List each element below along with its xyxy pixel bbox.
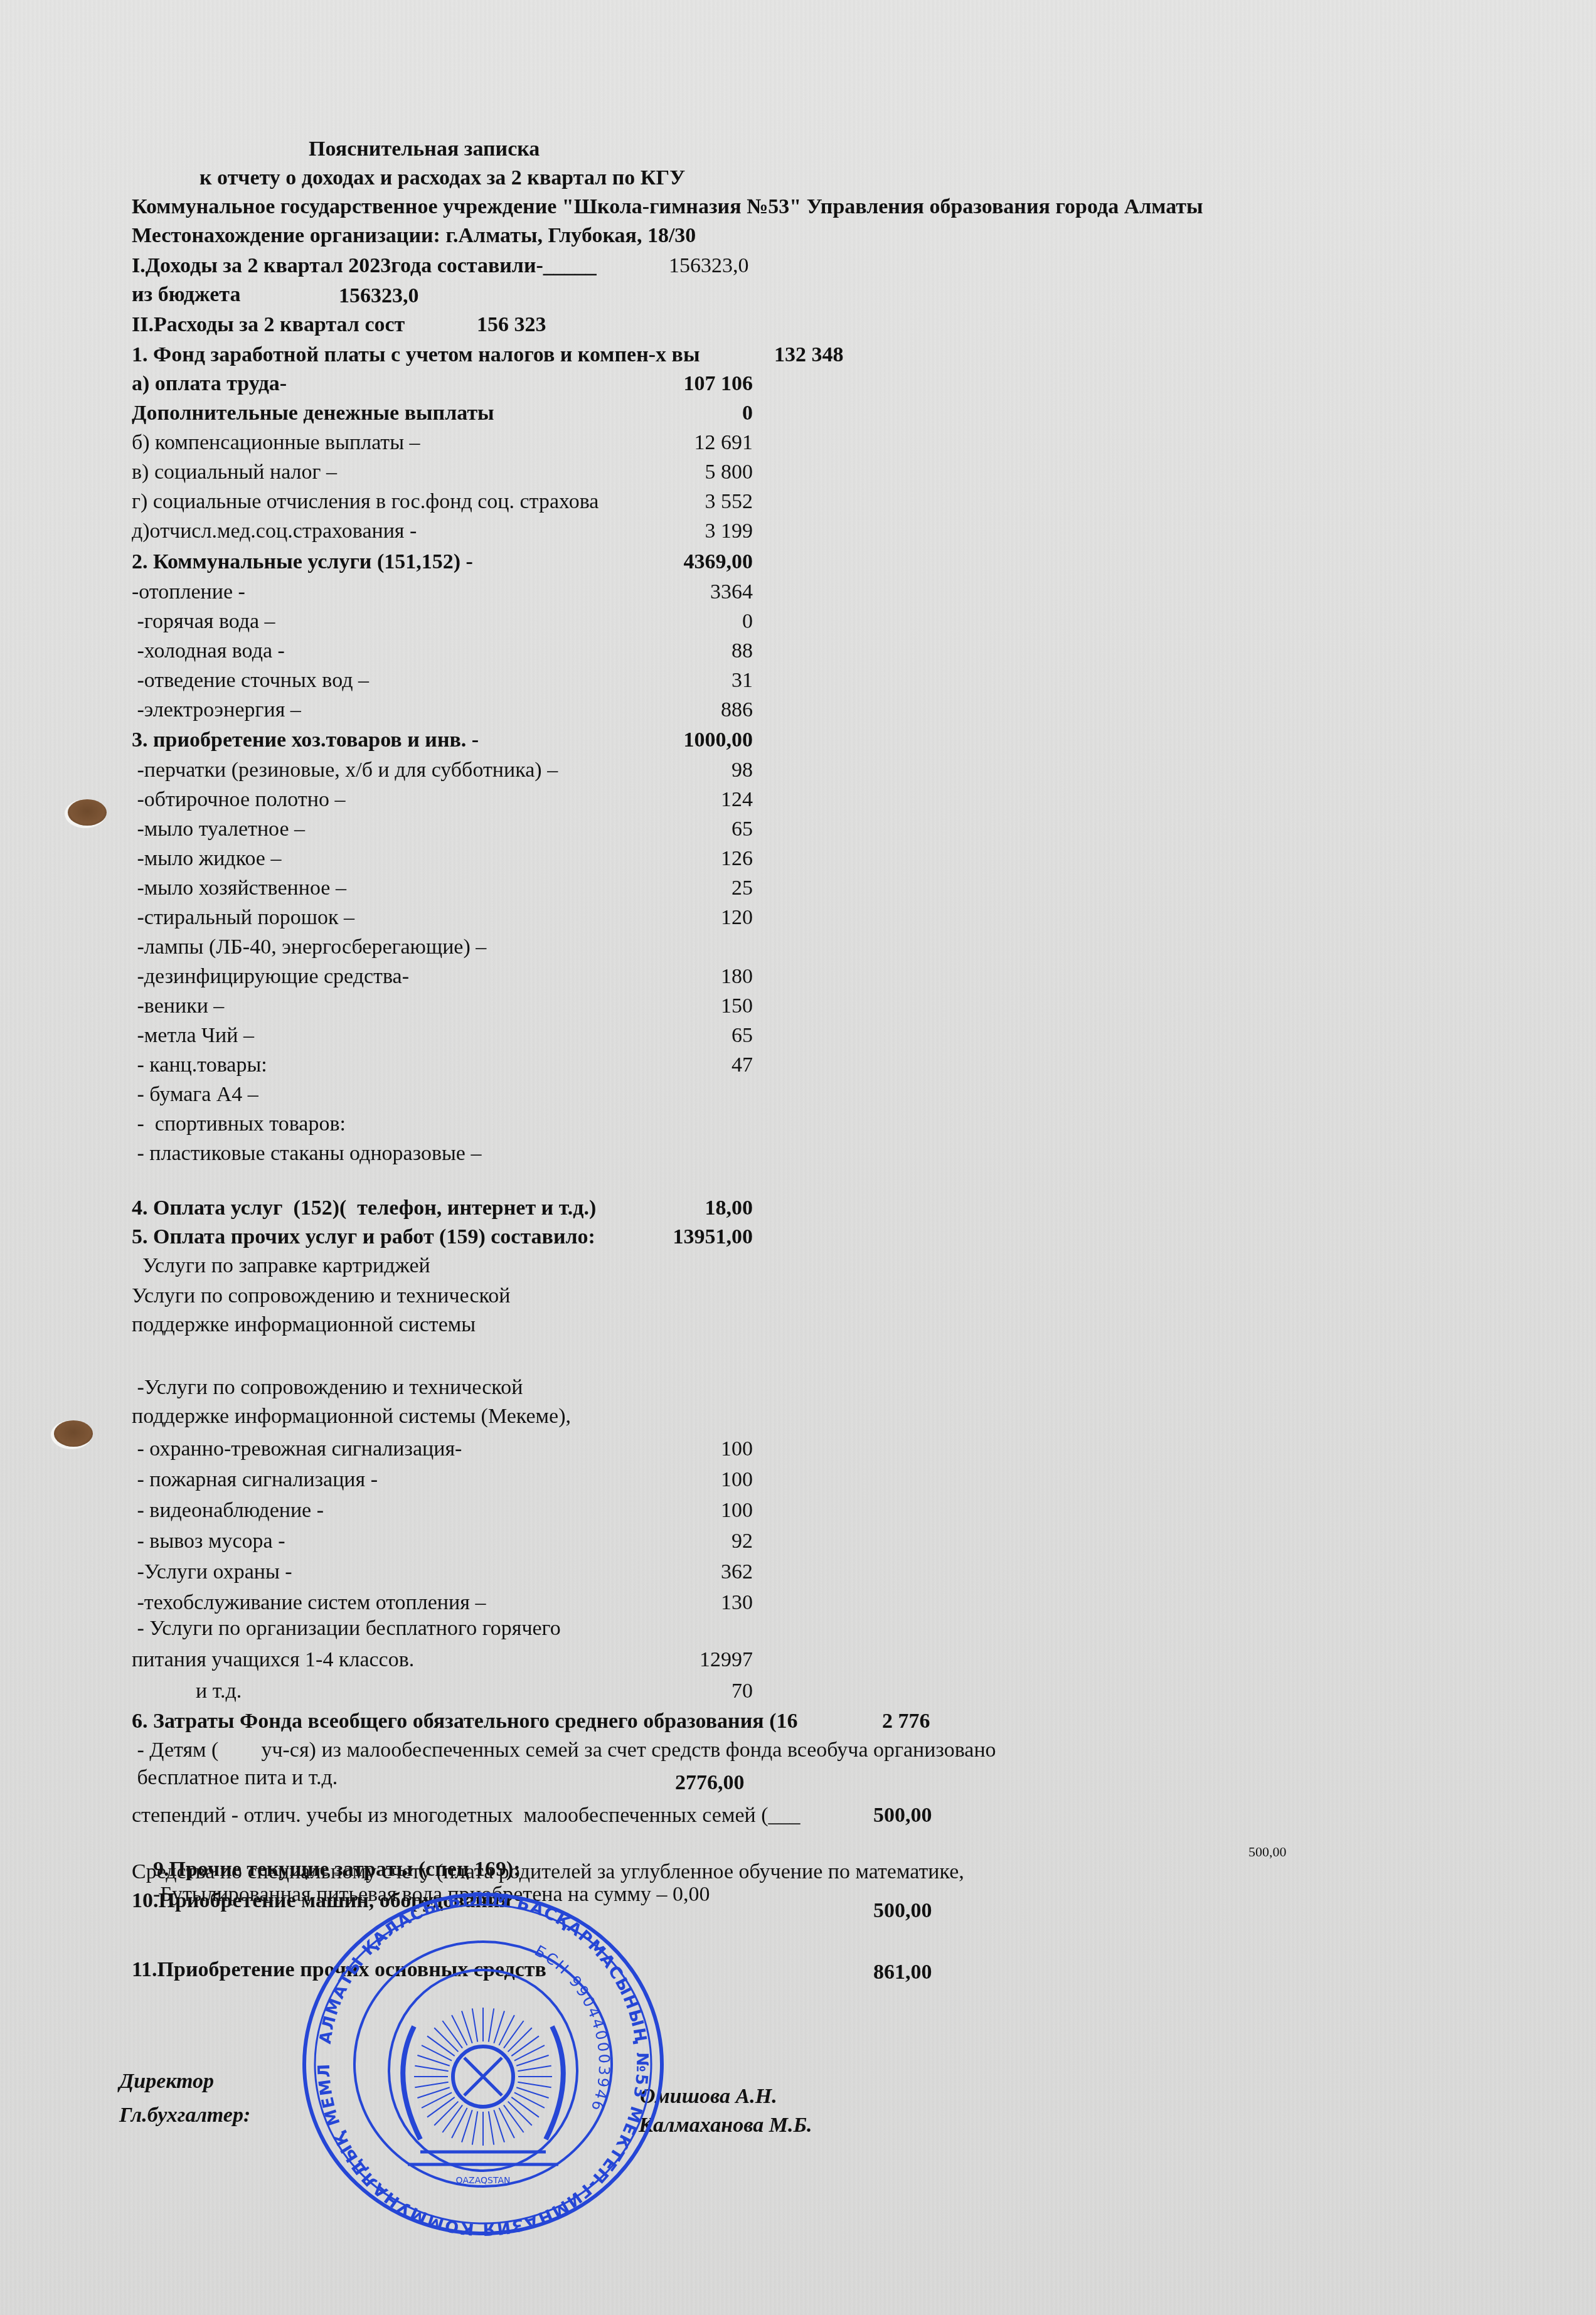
line-item-label: -электроэнергия –: [132, 698, 301, 723]
document-subtitle: к отчету о доходах и расходах за 2 кварт…: [199, 166, 685, 191]
section-9-side-value: 500,00: [1248, 1839, 1287, 1865]
budget-value: 156323,0: [339, 284, 419, 309]
line-item-value: 100: [590, 1467, 753, 1493]
organization-location: Местонахождение организации: г.Алматы, Г…: [132, 223, 696, 248]
scholarship-label: степендий - отлич. учебы из многодетных …: [132, 1803, 801, 1828]
line-item-label: - бумага А4 –: [132, 1082, 258, 1107]
line-item-label: - пластиковые стаканы одноразовые –: [132, 1141, 481, 1166]
line-item-value: 120: [590, 905, 753, 930]
line-item-value: 5 800: [590, 460, 753, 485]
line-item-label: -стиральный порошок –: [132, 905, 354, 930]
section-2-value: 4369,00: [590, 550, 753, 575]
income-label: I.Доходы за 2 квартал 2023года составили…: [132, 253, 597, 279]
section-6-value: 2 776: [882, 1709, 930, 1734]
special-account-note: Средства по специальному счету (плата ро…: [132, 1860, 964, 1885]
section-1-value: 132 348: [774, 343, 844, 368]
line-item-value: 180: [590, 964, 753, 989]
line-item-value: 150: [590, 994, 753, 1019]
director-label: Директор: [119, 2069, 214, 2094]
line-item-value: 47: [590, 1053, 753, 1078]
section-5-note: поддержке информационной системы (Мекеме…: [132, 1404, 571, 1429]
line-item-value: 92: [590, 1529, 753, 1554]
line-item-value: 0: [590, 609, 753, 634]
line-item-label: д)отчисл.мед.соц.страхования -: [132, 519, 417, 544]
section-3-label: 3. приобретение хоз.товаров и инв. -: [132, 728, 479, 753]
line-item-label: - вывоз мусора -: [132, 1529, 285, 1554]
svg-text:QAZAQSTAN: QAZAQSTAN: [456, 2176, 511, 2186]
line-item-value: 886: [590, 698, 753, 723]
line-item-value: 124: [590, 787, 753, 812]
line-item-label: -горячая вода –: [132, 609, 275, 634]
section-1-label: 1. Фонд заработной платы с учетом налого…: [132, 343, 700, 368]
stamp-seal-icon: АЛМАТЫ ҚАЛАСЫ БІЛІМ БАСҚАРМАСЫНЫҢ №53 МЕ…: [295, 1888, 671, 2240]
line-item-label: а) оплата труда-: [132, 371, 287, 396]
line-item-label: б) компенсационные выплаты –: [132, 430, 420, 455]
section-11-value: 861,00: [873, 1960, 932, 1985]
income-value: 156323,0: [669, 253, 749, 279]
official-stamp: АЛМАТЫ ҚАЛАСЫ БІЛІМ БАСҚАРМАСЫНЫҢ №53 МЕ…: [295, 1888, 671, 2240]
line-item-label: -обтирочное полотно –: [132, 787, 345, 812]
line-item-label: -отведение сточных вод –: [132, 668, 369, 693]
line-item-value: 65: [590, 817, 753, 842]
line-item-label: -мыло жидкое –: [132, 846, 281, 871]
line-item-value: 31: [590, 668, 753, 693]
line-item-value: 12 691: [590, 430, 753, 455]
line-item-label: - видеонаблюдение -: [132, 1498, 324, 1523]
line-item-label: питания учащихся 1-4 классов.: [132, 1647, 414, 1673]
punch-hole: [54, 1420, 93, 1447]
line-item-label: -мыло туалетное –: [132, 817, 305, 842]
line-item-label: и т.д.: [132, 1679, 242, 1704]
section-5-note: Услуги по сопровождению и технической: [132, 1284, 511, 1309]
line-item-label: - пожарная сигнализация -: [132, 1467, 378, 1493]
line-item-value: 98: [590, 758, 753, 783]
line-item-value: 100: [590, 1498, 753, 1523]
line-item-value: 3364: [590, 580, 753, 605]
line-item-label: в) социальный налог –: [132, 460, 337, 485]
line-item-value: 0: [590, 401, 753, 426]
section-6-line-value: 2776,00: [675, 1770, 745, 1796]
section-6-line: бесплатное пита и т.д.: [132, 1765, 338, 1791]
section-5-note: -Услуги по сопровождению и технической: [132, 1375, 523, 1400]
document-page: Пояснительная записка к отчету о доходах…: [0, 0, 1596, 2315]
expenses-value: 156 323: [477, 312, 546, 338]
accountant-label: Гл.бухгалтер:: [119, 2103, 250, 2128]
line-item-value: 130: [590, 1590, 753, 1615]
line-item-label: -лампы (ЛБ-40, энергосберегающие) –: [132, 935, 486, 960]
line-item-value: 100: [590, 1437, 753, 1462]
line-item-label: -дезинфицирующие средства-: [132, 964, 409, 989]
line-item-label: - канц.товары:: [132, 1053, 267, 1078]
section-6-line: - Детям ( уч-ся) из малообеспеченных сем…: [132, 1738, 996, 1763]
line-item-value: 126: [590, 846, 753, 871]
section-4-value: 18,00: [590, 1196, 753, 1221]
section-5-note: поддержке информационной системы: [132, 1312, 476, 1338]
line-item-value: 88: [590, 639, 753, 664]
line-item-value: 362: [590, 1560, 753, 1585]
section-4-label: 4. Оплата услуг (152)( телефон, интернет…: [132, 1196, 596, 1221]
budget-label: из бюджета: [132, 282, 240, 307]
line-item-label: - Услуги по организации бесплатного горя…: [132, 1616, 561, 1641]
line-item-value: 70: [590, 1679, 753, 1704]
line-item-value: 107 106: [590, 371, 753, 396]
line-item-label: - спортивных товаров:: [132, 1112, 346, 1137]
section-5-value: 13951,00: [590, 1225, 753, 1250]
line-item-label: -отопление -: [132, 580, 245, 605]
section-2-label: 2. Коммунальные услуги (151,152) -: [132, 550, 473, 575]
organization-name: Коммунальное государственное учреждение …: [132, 194, 1203, 220]
line-item-label: -холодная вода -: [132, 639, 285, 664]
line-item-label: -веники –: [132, 994, 224, 1019]
line-item-label: Дополнительные денежные выплаты: [132, 401, 494, 426]
line-item-value: 3 199: [590, 519, 753, 544]
document-title: Пояснительная записка: [309, 137, 540, 162]
line-item-value: 65: [590, 1023, 753, 1048]
section-10-value: 500,00: [873, 1898, 932, 1924]
section-3-value: 1000,00: [590, 728, 753, 753]
line-item-label: - охранно-тревожная сигнализация-: [132, 1437, 462, 1462]
scholarship-value: 500,00: [873, 1803, 932, 1828]
punch-hole: [68, 799, 107, 826]
line-item-label: -перчатки (резиновые, х/б и для субботни…: [132, 758, 558, 783]
line-item-label: -метла Чий –: [132, 1023, 254, 1048]
expenses-label: II.Расходы за 2 квартал сост: [132, 312, 405, 338]
section-5-label: 5. Оплата прочих услуг и работ (159) сос…: [132, 1225, 595, 1250]
line-item-label: -мыло хозяйственное –: [132, 876, 346, 901]
section-6-label: 6. Затраты Фонда всеобщего обязательного…: [132, 1709, 797, 1734]
section-5-note: Услуги по заправке картриджей: [132, 1253, 430, 1279]
line-item-label: г) социальные отчисления в гос.фонд соц.…: [132, 489, 598, 514]
line-item-label: -Услуги охраны -: [132, 1560, 292, 1585]
line-item-label: -техобслуживание систем отопления –: [132, 1590, 486, 1615]
line-item-value: 3 552: [590, 489, 753, 514]
line-item-value: 12997: [590, 1647, 753, 1673]
line-item-value: 25: [590, 876, 753, 901]
